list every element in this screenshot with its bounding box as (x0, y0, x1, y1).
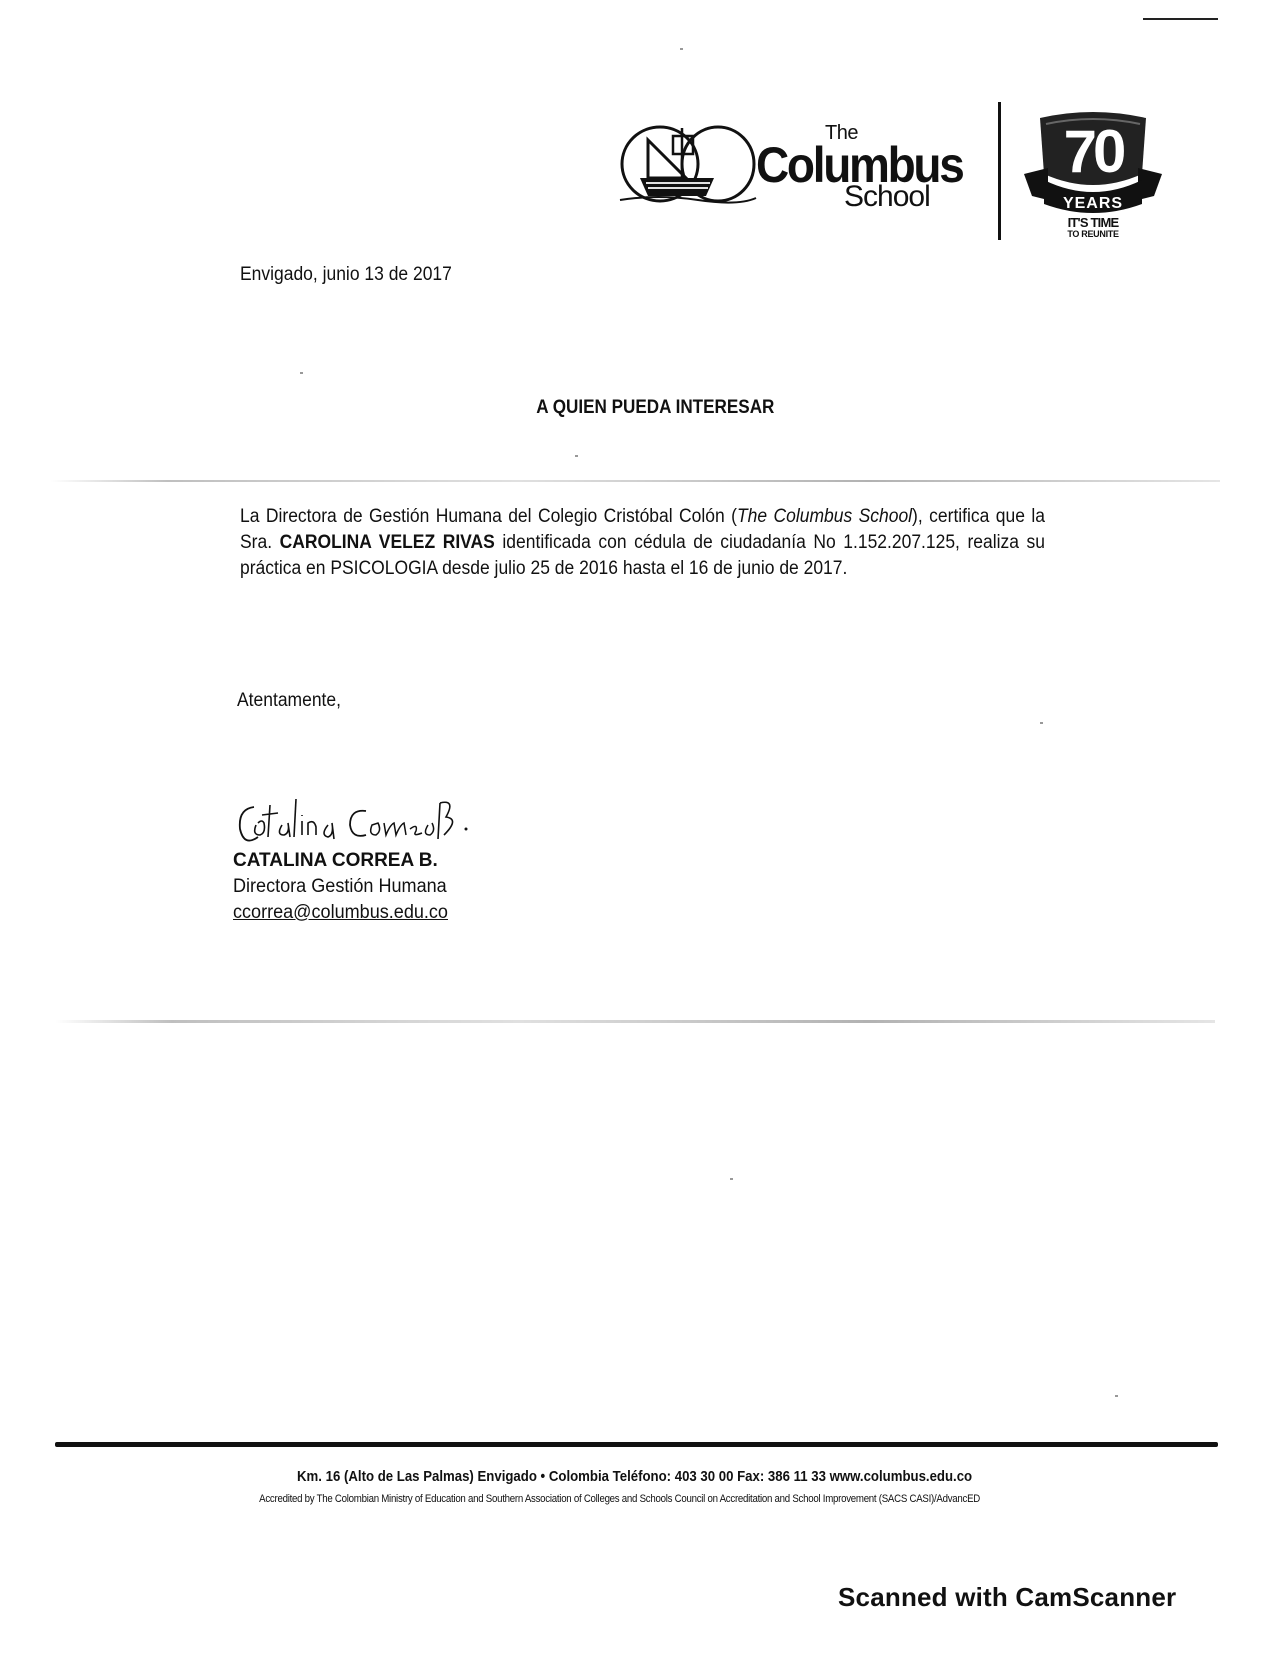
signer-name: CATALINA CORREA B. (233, 850, 438, 872)
footer-accreditation-text: Accredited by The Colombian Ministry of … (260, 1493, 981, 1505)
footer-accreditation: Accredited by The Colombian Ministry of … (0, 1493, 1280, 1505)
handwritten-signature (232, 785, 472, 855)
certified-person-name: CAROLINA VELEZ RIVAS (280, 532, 495, 553)
certificate-paragraph: La Directora de Gestión Humana del Coleg… (240, 504, 1045, 582)
ship-emblem-icon (618, 122, 758, 206)
footer-divider (55, 1442, 1218, 1447)
scan-streak (55, 1020, 1215, 1023)
body-text-part: La Directora de Gestión Humana del Coleg… (240, 506, 737, 527)
scan-speck (680, 48, 683, 50)
svg-text:TO REUNITE: TO REUNITE (1067, 229, 1119, 239)
closing-salutation: Atentamente, (237, 690, 341, 712)
scan-speck (575, 455, 578, 457)
scan-edge-mark (1143, 18, 1218, 20)
scan-speck (1040, 722, 1043, 724)
footer-contact: Km. 16 (Alto de Las Palmas) Envigado • C… (0, 1468, 1280, 1485)
seventy-years-badge-icon: 70 YEARS IT'S TIME TO REUNITE (1018, 104, 1168, 244)
scan-streak (50, 480, 1220, 482)
certificate-body: La Directora de Gestión Humana del Coleg… (240, 504, 1045, 582)
scan-speck (1115, 1395, 1118, 1397)
heading-text: A QUIEN PUEDA INTERESAR (536, 397, 774, 419)
scan-speck (300, 372, 303, 374)
svg-text:YEARS: YEARS (1063, 195, 1123, 212)
letter-heading: A QUIEN PUEDA INTERESAR (0, 397, 1280, 419)
camscanner-watermark: Scanned with CamScanner (838, 1582, 1176, 1613)
logo-divider (998, 102, 1001, 240)
svg-text:IT'S TIME: IT'S TIME (1068, 215, 1120, 230)
school-name-italic: The Columbus School (737, 506, 912, 527)
logo-school-text: School (844, 180, 930, 214)
scan-speck (730, 1178, 733, 1180)
badge-number: 70 (1064, 118, 1124, 185)
signer-email-link[interactable]: ccorrea@columbus.edu.co (233, 902, 448, 924)
school-logo: The Columbus School 70 YEARS IT'S TIME T… (618, 112, 1178, 242)
footer-address-text: Km. 16 (Alto de Las Palmas) Envigado • C… (297, 1468, 972, 1485)
letter-date: Envigado, junio 13 de 2017 (240, 264, 452, 286)
signer-title: Directora Gestión Humana (233, 876, 447, 898)
